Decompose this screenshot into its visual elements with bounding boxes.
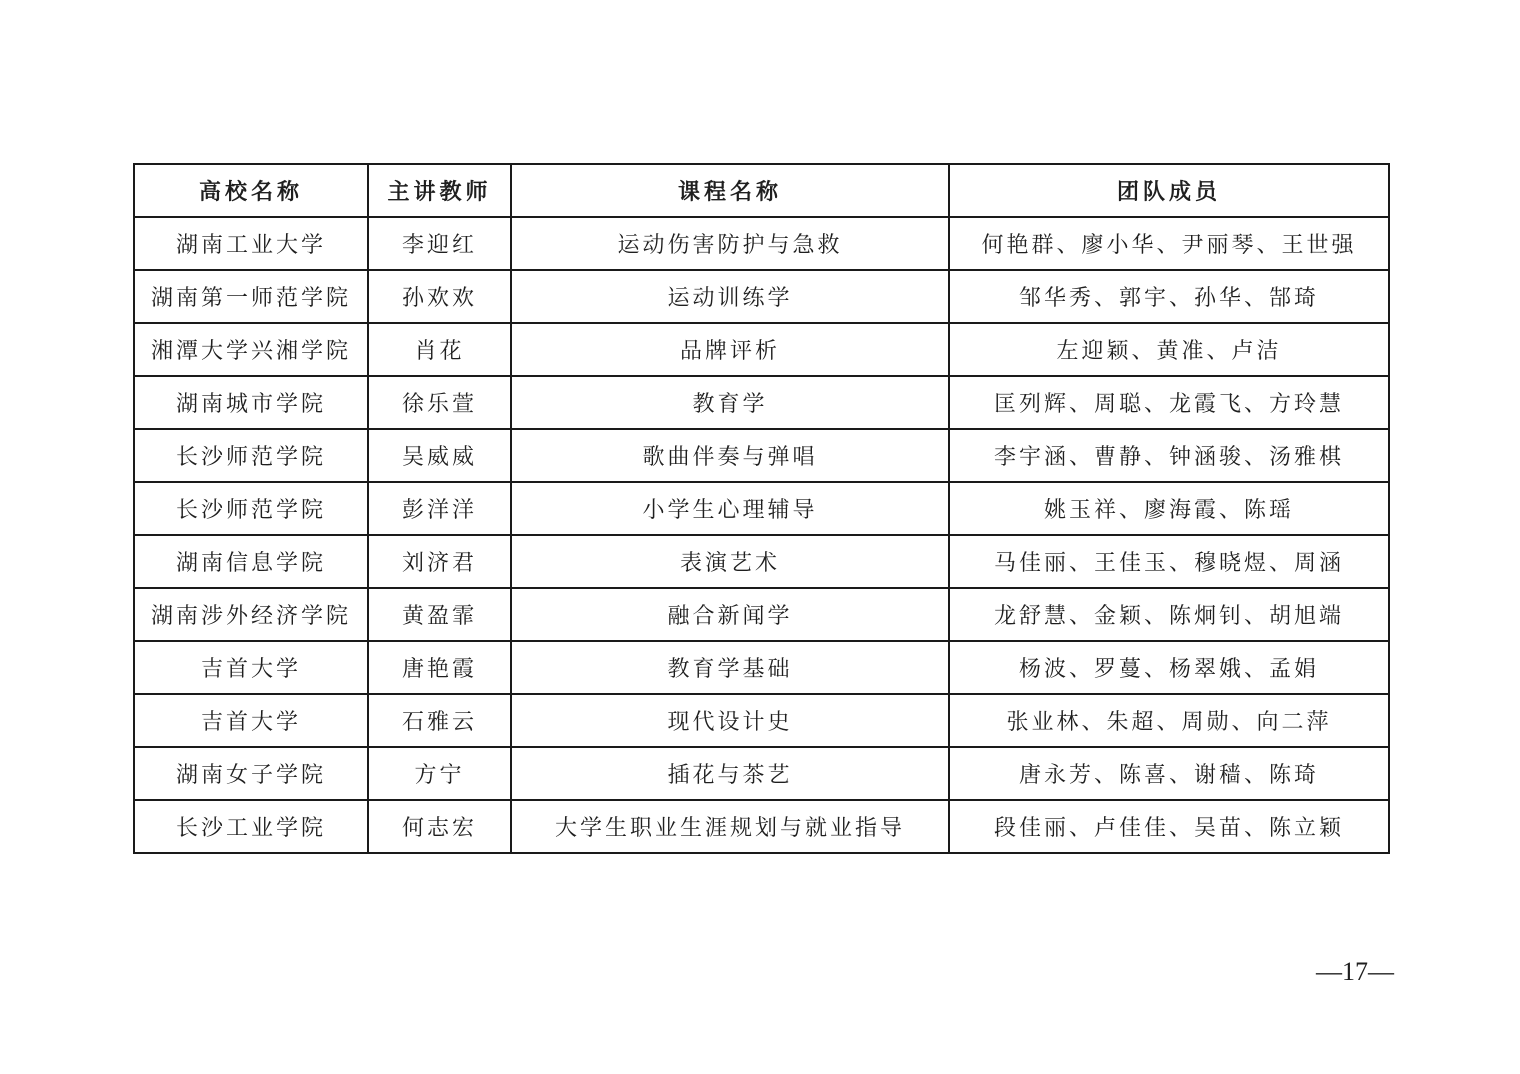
cell-teacher: 唐艳霞 bbox=[368, 641, 511, 694]
cell-university: 湖南工业大学 bbox=[134, 217, 368, 270]
table-row: 湖南信息学院 刘济君 表演艺术 马佳丽、王佳玉、穆晓煜、周涵 bbox=[134, 535, 1389, 588]
col-header-university: 高校名称 bbox=[134, 164, 368, 217]
cell-members: 张业林、朱超、周勋、向二萍 bbox=[949, 694, 1389, 747]
cell-course: 小学生心理辅导 bbox=[511, 482, 949, 535]
table-row: 湘潭大学兴湘学院 肖花 品牌评析 左迎颖、黄准、卢洁 bbox=[134, 323, 1389, 376]
cell-university: 湖南城市学院 bbox=[134, 376, 368, 429]
cell-course: 现代设计史 bbox=[511, 694, 949, 747]
cell-members: 马佳丽、王佳玉、穆晓煜、周涵 bbox=[949, 535, 1389, 588]
cell-teacher: 吴威威 bbox=[368, 429, 511, 482]
table-body: 湖南工业大学 李迎红 运动伤害防护与急救 何艳群、廖小华、尹丽琴、王世强 湖南第… bbox=[134, 217, 1389, 853]
table-row: 湖南女子学院 方宁 插花与茶艺 唐永芳、陈喜、谢穑、陈琦 bbox=[134, 747, 1389, 800]
cell-members: 李宇涵、曹静、钟涵骏、汤雅棋 bbox=[949, 429, 1389, 482]
document-page: 高校名称 主讲教师 课程名称 团队成员 湖南工业大学 李迎红 运动伤害防护与急救… bbox=[0, 0, 1520, 1074]
cell-course: 插花与茶艺 bbox=[511, 747, 949, 800]
cell-teacher: 李迎红 bbox=[368, 217, 511, 270]
cell-members: 左迎颖、黄准、卢洁 bbox=[949, 323, 1389, 376]
cell-course: 大学生职业生涯规划与就业指导 bbox=[511, 800, 949, 853]
cell-university: 湖南第一师范学院 bbox=[134, 270, 368, 323]
table-row: 湖南涉外经济学院 黄盈霏 融合新闻学 龙舒慧、金颖、陈炯钊、胡旭端 bbox=[134, 588, 1389, 641]
table-row: 湖南城市学院 徐乐萱 教育学 匡列辉、周聪、龙霞飞、方玲慧 bbox=[134, 376, 1389, 429]
cell-university: 湖南信息学院 bbox=[134, 535, 368, 588]
cell-course: 表演艺术 bbox=[511, 535, 949, 588]
table-row: 吉首大学 唐艳霞 教育学基础 杨波、罗蔓、杨翠娥、孟娟 bbox=[134, 641, 1389, 694]
cell-teacher: 何志宏 bbox=[368, 800, 511, 853]
col-header-members: 团队成员 bbox=[949, 164, 1389, 217]
table-row: 湖南工业大学 李迎红 运动伤害防护与急救 何艳群、廖小华、尹丽琴、王世强 bbox=[134, 217, 1389, 270]
cell-course: 教育学 bbox=[511, 376, 949, 429]
cell-course: 运动训练学 bbox=[511, 270, 949, 323]
cell-university: 吉首大学 bbox=[134, 641, 368, 694]
table-row: 吉首大学 石雅云 现代设计史 张业林、朱超、周勋、向二萍 bbox=[134, 694, 1389, 747]
cell-university: 湘潭大学兴湘学院 bbox=[134, 323, 368, 376]
cell-course: 运动伤害防护与急救 bbox=[511, 217, 949, 270]
course-table: 高校名称 主讲教师 课程名称 团队成员 湖南工业大学 李迎红 运动伤害防护与急救… bbox=[133, 163, 1390, 854]
table-row: 长沙师范学院 彭洋洋 小学生心理辅导 姚玉祥、廖海霞、陈瑶 bbox=[134, 482, 1389, 535]
cell-teacher: 肖花 bbox=[368, 323, 511, 376]
cell-course: 品牌评析 bbox=[511, 323, 949, 376]
col-header-teacher: 主讲教师 bbox=[368, 164, 511, 217]
table-row: 长沙师范学院 吴威威 歌曲伴奏与弹唱 李宇涵、曹静、钟涵骏、汤雅棋 bbox=[134, 429, 1389, 482]
cell-teacher: 刘济君 bbox=[368, 535, 511, 588]
col-header-course: 课程名称 bbox=[511, 164, 949, 217]
cell-university: 长沙师范学院 bbox=[134, 482, 368, 535]
cell-members: 何艳群、廖小华、尹丽琴、王世强 bbox=[949, 217, 1389, 270]
cell-members: 杨波、罗蔓、杨翠娥、孟娟 bbox=[949, 641, 1389, 694]
cell-members: 姚玉祥、廖海霞、陈瑶 bbox=[949, 482, 1389, 535]
cell-teacher: 孙欢欢 bbox=[368, 270, 511, 323]
cell-teacher: 黄盈霏 bbox=[368, 588, 511, 641]
table-row: 长沙工业学院 何志宏 大学生职业生涯规划与就业指导 段佳丽、卢佳佳、吴苗、陈立颖 bbox=[134, 800, 1389, 853]
cell-members: 段佳丽、卢佳佳、吴苗、陈立颖 bbox=[949, 800, 1389, 853]
cell-course: 歌曲伴奏与弹唱 bbox=[511, 429, 949, 482]
cell-members: 唐永芳、陈喜、谢穑、陈琦 bbox=[949, 747, 1389, 800]
cell-members: 龙舒慧、金颖、陈炯钊、胡旭端 bbox=[949, 588, 1389, 641]
cell-university: 吉首大学 bbox=[134, 694, 368, 747]
cell-teacher: 彭洋洋 bbox=[368, 482, 511, 535]
cell-university: 长沙师范学院 bbox=[134, 429, 368, 482]
cell-teacher: 石雅云 bbox=[368, 694, 511, 747]
cell-teacher: 徐乐萱 bbox=[368, 376, 511, 429]
cell-university: 长沙工业学院 bbox=[134, 800, 368, 853]
cell-members: 匡列辉、周聪、龙霞飞、方玲慧 bbox=[949, 376, 1389, 429]
cell-university: 湖南女子学院 bbox=[134, 747, 368, 800]
cell-members: 邹华秀、郭宇、孙华、郜琦 bbox=[949, 270, 1389, 323]
table-row: 湖南第一师范学院 孙欢欢 运动训练学 邹华秀、郭宇、孙华、郜琦 bbox=[134, 270, 1389, 323]
cell-course: 融合新闻学 bbox=[511, 588, 949, 641]
page-number: —17— bbox=[1316, 957, 1394, 987]
cell-university: 湖南涉外经济学院 bbox=[134, 588, 368, 641]
header-row: 高校名称 主讲教师 课程名称 团队成员 bbox=[134, 164, 1389, 217]
cell-teacher: 方宁 bbox=[368, 747, 511, 800]
cell-course: 教育学基础 bbox=[511, 641, 949, 694]
